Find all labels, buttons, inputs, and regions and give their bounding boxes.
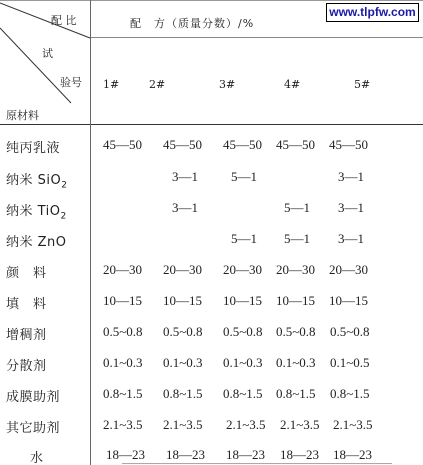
column-header-5: 5# xyxy=(354,78,370,91)
row-label-other-additives: 其它助剂 xyxy=(6,417,60,436)
cell-r0-c4: 45—50 xyxy=(276,137,315,153)
column-header-4: 4# xyxy=(284,78,300,91)
cell-r5-c3: 10—15 xyxy=(223,293,262,309)
cell-r0-c2: 45—50 xyxy=(163,137,202,153)
row-label-dispersant: 分散剂 xyxy=(6,355,47,374)
cell-r6-c4: 0.5~0.8 xyxy=(276,324,316,340)
corner-material-label: 原材料 xyxy=(6,107,39,123)
cell-r9-c5: 2.1~3.5 xyxy=(333,417,373,433)
cell-r4-c1: 20—30 xyxy=(103,262,142,278)
cell-r3-c5: 3—1 xyxy=(338,231,364,247)
cell-r3-c4: 5—1 xyxy=(284,231,310,247)
cell-r6-c1: 0.5~0.8 xyxy=(103,324,143,340)
cell-r10-c3: 18—23 xyxy=(226,447,265,463)
cell-r7-c3: 0.1~0.3 xyxy=(223,355,263,371)
cell-r6-c3: 0.5~0.8 xyxy=(223,324,263,340)
row-label-thickener: 增稠剂 xyxy=(6,324,47,343)
cell-r5-c2: 10—15 xyxy=(163,293,202,309)
header-title-rule xyxy=(91,37,423,38)
cell-r7-c1: 0.1~0.3 xyxy=(103,355,143,371)
cell-r8-c5: 0.8~1.5 xyxy=(330,386,370,402)
cell-r4-c3: 20—30 xyxy=(223,262,262,278)
cell-r10-c5: 18—23 xyxy=(333,447,372,463)
cell-r7-c4: 0.1~0.3 xyxy=(276,355,316,371)
column-header-2: 2# xyxy=(149,78,165,91)
cell-r1-c5: 3—1 xyxy=(338,169,364,185)
cell-r10-c4: 18—23 xyxy=(280,447,319,463)
cell-r6-c5: 0.5~0.8 xyxy=(330,324,370,340)
cell-r1-c2: 3—1 xyxy=(172,169,198,185)
cell-r5-c5: 10—15 xyxy=(329,293,368,309)
cell-r0-c3: 45—50 xyxy=(223,137,262,153)
formula-title: 配 方（质量分数）/% xyxy=(130,15,254,31)
cell-r8-c3: 0.8~1.5 xyxy=(223,386,263,402)
cell-r9-c1: 2.1~3.5 xyxy=(103,417,143,433)
cell-r8-c4: 0.8~1.5 xyxy=(276,386,316,402)
cell-r4-c5: 20—30 xyxy=(329,262,368,278)
row-label-nano-tio2: 纳米 TiO2 xyxy=(6,200,67,222)
cell-r10-c2: 18—23 xyxy=(166,447,205,463)
watermark-badge: www.tlpfw.com xyxy=(326,3,419,22)
cell-r3-c3: 5—1 xyxy=(231,231,257,247)
row-label-coalescent: 成膜助剂 xyxy=(6,386,60,405)
corner-test-label: 试 xyxy=(42,45,53,61)
column-header-1: 1# xyxy=(103,78,119,91)
cell-r7-c5: 0.1~0.5 xyxy=(330,355,370,371)
row-label-nano-zno: 纳米 ZnO xyxy=(6,231,67,250)
cell-r5-c1: 10—15 xyxy=(103,293,142,309)
corner-ratio-label: 配 比 xyxy=(51,12,77,28)
cell-r1-c3: 5—1 xyxy=(231,169,257,185)
cell-r6-c2: 0.5~0.8 xyxy=(163,324,203,340)
cell-r2-c2: 3—1 xyxy=(172,200,198,216)
row-label-filler: 填 料 xyxy=(6,293,47,312)
cell-r4-c4: 20—30 xyxy=(276,262,315,278)
cell-r5-c4: 10—15 xyxy=(276,293,315,309)
cell-r9-c4: 2.1~3.5 xyxy=(280,417,320,433)
corner-number-label: 验号 xyxy=(60,74,82,90)
row-label-water: 水 xyxy=(30,447,44,465)
cell-r2-c5: 3—1 xyxy=(338,200,364,216)
row-label-nano-sio2: 纳米 SiO2 xyxy=(6,169,67,191)
row-label-pigment: 颜 料 xyxy=(6,262,47,281)
cell-r0-c1: 45—50 xyxy=(103,137,142,153)
row-label-acrylic-emulsion: 纯丙乳液 xyxy=(6,137,60,156)
cell-r8-c2: 0.8~1.5 xyxy=(163,386,203,402)
table-bottom-rule xyxy=(122,463,392,464)
cell-r8-c1: 0.8~1.5 xyxy=(103,386,143,402)
cell-r7-c2: 0.1~0.3 xyxy=(163,355,203,371)
column-header-3: 3# xyxy=(219,78,235,91)
cell-r0-c5: 45—50 xyxy=(329,137,368,153)
cell-r9-c2: 2.1~3.5 xyxy=(163,417,203,433)
cell-r10-c1: 18—23 xyxy=(106,447,145,463)
cell-r9-c3: 2.1~3.5 xyxy=(226,417,266,433)
cell-r2-c4: 5—1 xyxy=(284,200,310,216)
cell-r4-c2: 20—30 xyxy=(163,262,202,278)
